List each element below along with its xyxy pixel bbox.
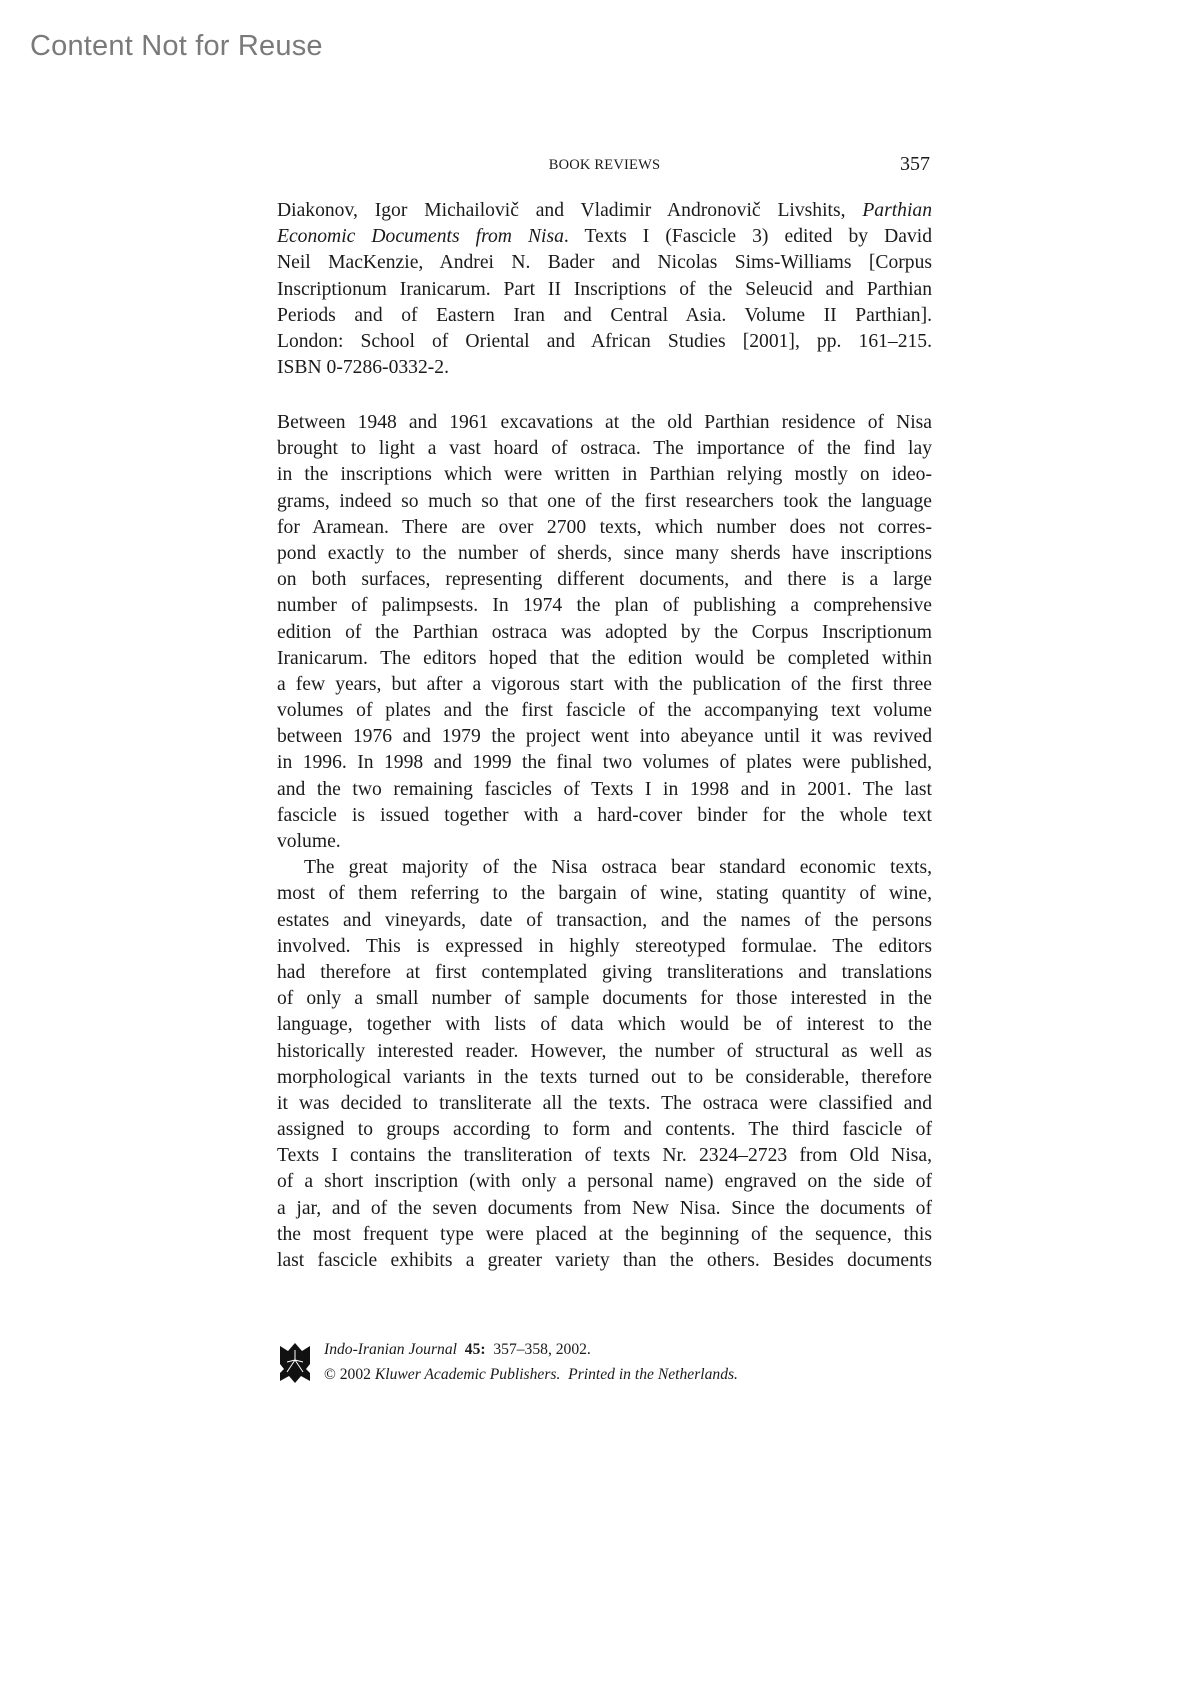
body-line: and the two remaining fascicles of Texts… <box>277 777 932 803</box>
body-line: pond exactly to the number of sherds, si… <box>277 541 932 567</box>
body-line: of a short inscription (with only a pers… <box>277 1169 932 1195</box>
body-line: last fascicle exhibits a greater variety… <box>277 1248 932 1274</box>
body-line: in 1996. In 1998 and 1999 the final two … <box>277 750 932 776</box>
publisher: Kluwer Academic Publishers. <box>375 1366 561 1383</box>
body-line: The great majority of the Nisa ostraca b… <box>277 855 932 881</box>
body-line: a jar, and of the seven documents from N… <box>277 1196 932 1222</box>
copyright-line: © 2002 Kluwer Academic Publishers. Print… <box>324 1363 738 1388</box>
body-line: fascicle is issued together with a hard-… <box>277 803 932 829</box>
journal-volume: 45: <box>465 1341 486 1358</box>
body-line: morphological variants in the texts turn… <box>277 1065 932 1091</box>
page-number: 357 <box>900 153 930 176</box>
body-line: for Aramean. There are over 2700 texts, … <box>277 515 932 541</box>
citation-line: Neil MacKenzie, Andrei N. Bader and Nico… <box>277 250 932 276</box>
body-line: Iranicarum. The editors hoped that the e… <box>277 646 932 672</box>
kluwer-tree-logo-icon <box>277 1340 313 1384</box>
journal-line: Indo-Iranian Journal 45: 357–358, 2002. <box>324 1338 738 1363</box>
citation-line: ISBN 0-7286-0332-2. <box>277 355 932 381</box>
body-line: estates and vineyards, date of transacti… <box>277 908 932 934</box>
citation-line: London: School of Oriental and African S… <box>277 329 932 355</box>
body-line: Between 1948 and 1961 excavations at the… <box>277 410 932 436</box>
body-line: language, together with lists of data wh… <box>277 1012 932 1038</box>
body-line: it was decided to transliterate all the … <box>277 1091 932 1117</box>
body-line: of only a small number of sample documen… <box>277 986 932 1012</box>
body-line: had therefore at first contemplated givi… <box>277 960 932 986</box>
watermark: Content Not for Reuse <box>30 30 323 63</box>
footer-text: Indo-Iranian Journal 45: 357–358, 2002. … <box>324 1338 738 1387</box>
body-line: the most frequent type were placed at th… <box>277 1222 932 1248</box>
body-line: volume. <box>277 829 932 855</box>
citation-line: Periods and of Eastern Iran and Central … <box>277 303 932 329</box>
citation-line: Inscriptionum Iranicarum. Part II Inscri… <box>277 277 932 303</box>
running-head: BOOK REVIEWS 357 <box>277 153 932 177</box>
citation-line: Economic Documents from Nisa. Texts I (F… <box>277 224 932 250</box>
body-line: on both surfaces, representing different… <box>277 567 932 593</box>
body-line: between 1976 and 1979 the project went i… <box>277 724 932 750</box>
body-line: edition of the Parthian ostraca was adop… <box>277 620 932 646</box>
journal-pages-year: 357–358, 2002. <box>493 1341 590 1358</box>
body-line: involved. This is expressed in highly st… <box>277 934 932 960</box>
review-body: Between 1948 and 1961 excavations at the… <box>277 410 932 1274</box>
journal-name: Indo-Iranian Journal <box>324 1341 457 1358</box>
body-line: in the inscriptions which were written i… <box>277 462 932 488</box>
body-line: grams, indeed so much so that one of the… <box>277 489 932 515</box>
book-citation: Diakonov, Igor Michailovič and Vladimir … <box>277 198 932 381</box>
body-line: volumes of plates and the first fascicle… <box>277 698 932 724</box>
body-line: Texts I contains the transliteration of … <box>277 1143 932 1169</box>
citation-line: Diakonov, Igor Michailovič and Vladimir … <box>277 198 932 224</box>
body-line: number of palimpsests. In 1974 the plan … <box>277 593 932 619</box>
body-line: a few years, but after a vigorous start … <box>277 672 932 698</box>
running-title: BOOK REVIEWS <box>277 157 932 174</box>
body-line: most of them referring to the bargain of… <box>277 881 932 907</box>
printed-in: Printed in the Netherlands. <box>568 1366 738 1383</box>
body-line: historically interested reader. However,… <box>277 1039 932 1065</box>
body-line: brought to light a vast hoard of ostraca… <box>277 436 932 462</box>
copyright: © 2002 <box>324 1366 371 1383</box>
body-line: assigned to groups according to form and… <box>277 1117 932 1143</box>
